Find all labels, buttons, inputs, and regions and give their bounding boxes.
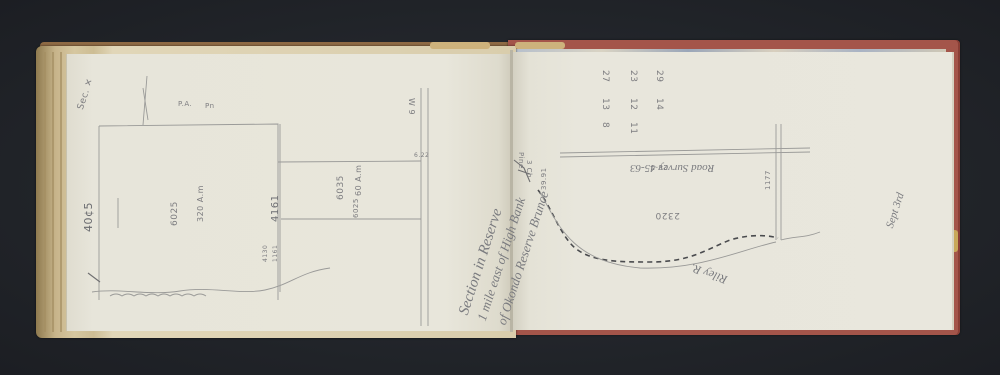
- top-right-mark: W 9: [407, 98, 416, 115]
- corner-figure-b: 1161: [272, 245, 279, 262]
- page-edge-line: [60, 52, 62, 332]
- spine-wear-right: [515, 42, 565, 49]
- road-mark: 28-5: [650, 163, 668, 171]
- column-figures-1b: 13: [600, 98, 610, 110]
- lot-number-right-page: 2320: [655, 210, 680, 220]
- page-edge-line: [52, 52, 54, 332]
- lot-number-left: 40¢5: [82, 202, 95, 232]
- column-figures-1c: 8: [600, 122, 610, 128]
- chain-mark: 6.22: [414, 152, 429, 159]
- road-label: Road Survey 45-63: [630, 162, 714, 174]
- column-figures-3: 29: [654, 70, 664, 82]
- page-edge-line: [44, 52, 46, 332]
- spine-wear-left: [430, 42, 490, 49]
- lot-number-right-top: 6035: [336, 175, 346, 200]
- corner-label-pine: Pine: [517, 152, 525, 169]
- lot-area-right: 60 A.m: [354, 165, 363, 196]
- side-mark: 1177: [764, 170, 772, 190]
- column-figures-3b: 14: [654, 98, 664, 110]
- left-page: [66, 54, 512, 331]
- lot-area-center: 320 A.m: [196, 185, 205, 222]
- lot-number-right-bottom: 6025: [352, 198, 360, 218]
- corner-label-number: 39.91: [540, 167, 548, 190]
- column-figures-2b: 12: [628, 98, 638, 110]
- corner-figure: 4130: [262, 245, 269, 262]
- top-label-a: P.A.: [178, 100, 192, 108]
- lot-number-center: 6025: [170, 201, 180, 226]
- boundary-label: 4161: [270, 195, 281, 222]
- top-label-b: Pn: [205, 102, 215, 110]
- right-page: [512, 52, 954, 330]
- corner-label-ch: 3 Ch: [525, 160, 533, 178]
- column-figures-1: 27: [600, 70, 610, 82]
- column-figures-2c: 11: [628, 122, 638, 134]
- column-figures-2: 23: [628, 70, 638, 82]
